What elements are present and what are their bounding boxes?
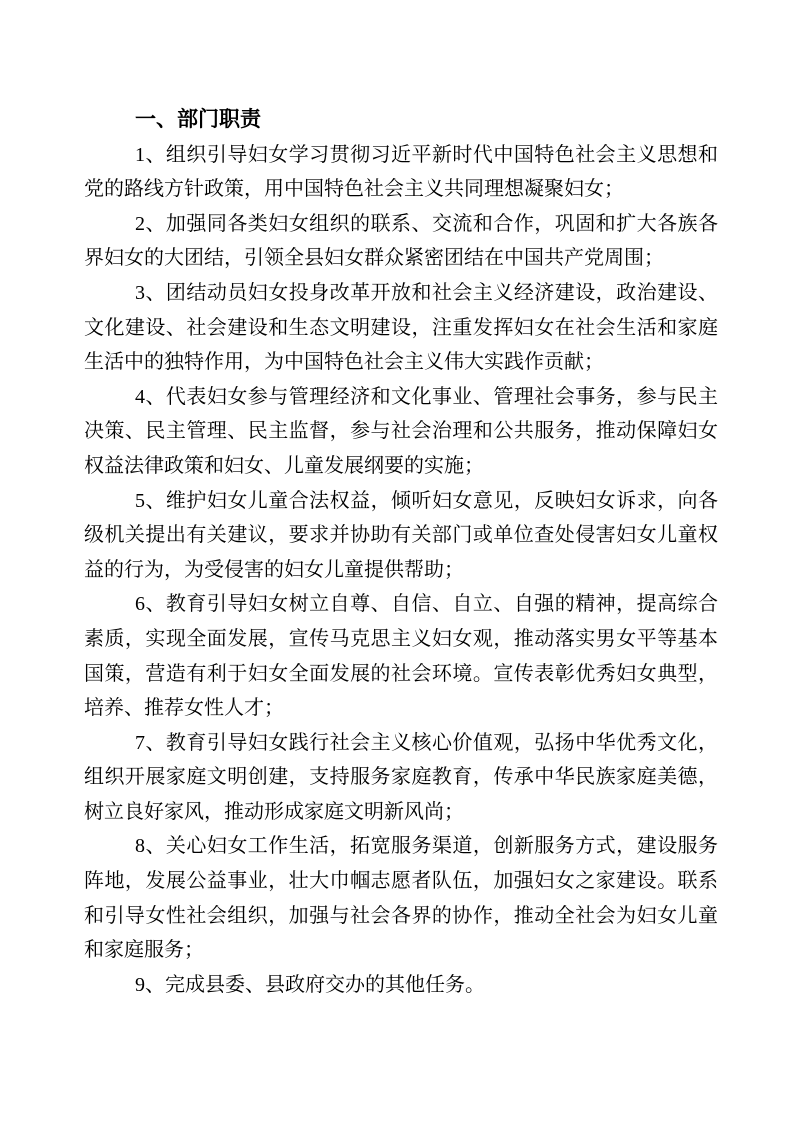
duty-paragraph-2: 2、加强同各类妇女组织的联系、交流和合作，巩固和扩大各族各界妇女的大团结，引领全… [84,207,718,276]
duty-paragraph-3: 3、团结动员妇女投身改革开放和社会主义经济建设，政治建设、文化建设、社会建设和生… [84,276,718,380]
document-page: 一、部门职责 1、组织引导妇女学习贯彻习近平新时代中国特色社会主义思想和党的路线… [0,0,793,1122]
duty-paragraph-8: 8、关心妇女工作生活，拓宽服务渠道，创新服务方式，建设服务阵地，发展公益事业，壮… [84,829,718,967]
section-heading: 一、部门职责 [84,103,718,138]
document-body: 一、部门职责 1、组织引导妇女学习贯彻习近平新时代中国特色社会主义思想和党的路线… [84,103,718,1002]
duty-paragraph-5: 5、维护妇女儿童合法权益，倾听妇女意见，反映妇女诉求，向各级机关提出有关建议，要… [84,484,718,588]
duty-paragraph-4: 4、代表妇女参与管理经济和文化事业、管理社会事务，参与民主决策、民主管理、民主监… [84,380,718,484]
duty-paragraph-9: 9、完成县委、县政府交办的其他任务。 [84,968,718,1003]
duty-paragraph-6: 6、教育引导妇女树立自尊、自信、自立、自强的精神，提高综合素质，实现全面发展，宣… [84,587,718,725]
duty-paragraph-7: 7、教育引导妇女践行社会主义核心价值观，弘扬中华优秀文化，组织开展家庭文明创建，… [84,726,718,830]
duty-paragraph-1: 1、组织引导妇女学习贯彻习近平新时代中国特色社会主义思想和党的路线方针政策，用中… [84,138,718,207]
